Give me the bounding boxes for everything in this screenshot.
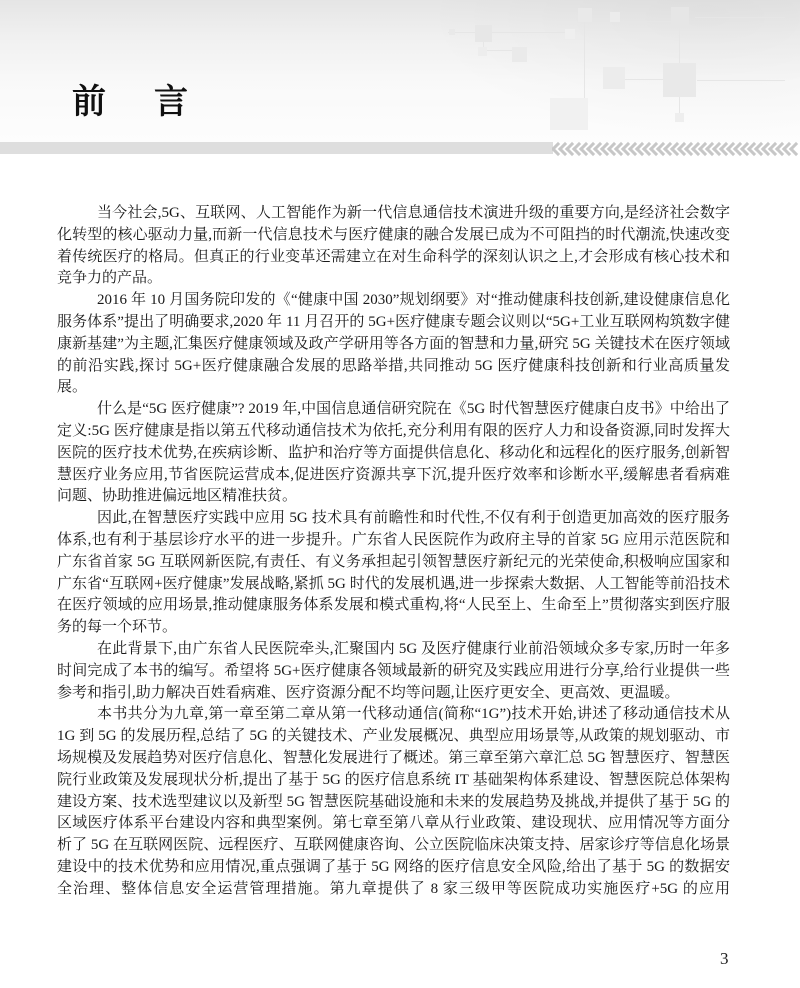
preface-paragraph: 2016 年 10 月国务院印发的《“健康中国 2030”规划纲要》对“推动健康… [57, 290, 730, 399]
header-decoration-band: 前 言 [0, 0, 800, 142]
divider-bar [0, 142, 553, 154]
page-title: 前 言 [72, 84, 188, 120]
chevron-left-icon [790, 141, 797, 155]
preface-paragraph: 因此,在智慧医疗实践中应用 5G 技术具有前瞻性和时代性,不仅有利于创造更加高效… [57, 508, 730, 639]
preface-paragraph: 什么是“5G 医疗健康”? 2019 年,中国信息通信研究院在《5G 时代智慧医… [57, 399, 730, 508]
preface-page: 前 言 当今社会,5G、互联网、人工智能作为新一代信息通信技术演进升级的重要方向… [0, 0, 800, 988]
page-title-char: 前 [72, 84, 106, 120]
chevron-pattern [552, 139, 800, 157]
preface-body: 当今社会,5G、互联网、人工智能作为新一代信息通信技术演进升级的重要方向,是经济… [57, 203, 730, 901]
page-number: 3 [720, 949, 729, 969]
preface-paragraph: 在此背景下,由广东省人民医院牵头,汇聚国内 5G 及医疗健康行业前沿领域众多专家… [57, 639, 730, 704]
preface-paragraph: 当今社会,5G、互联网、人工智能作为新一代信息通信技术演进升级的重要方向,是经济… [57, 203, 730, 290]
page-title-char: 言 [154, 84, 188, 120]
preface-paragraph: 本书共分为九章,第一章至第二章从第一代移动通信(简称“1G”)技术开始,讲述了移… [57, 704, 730, 900]
